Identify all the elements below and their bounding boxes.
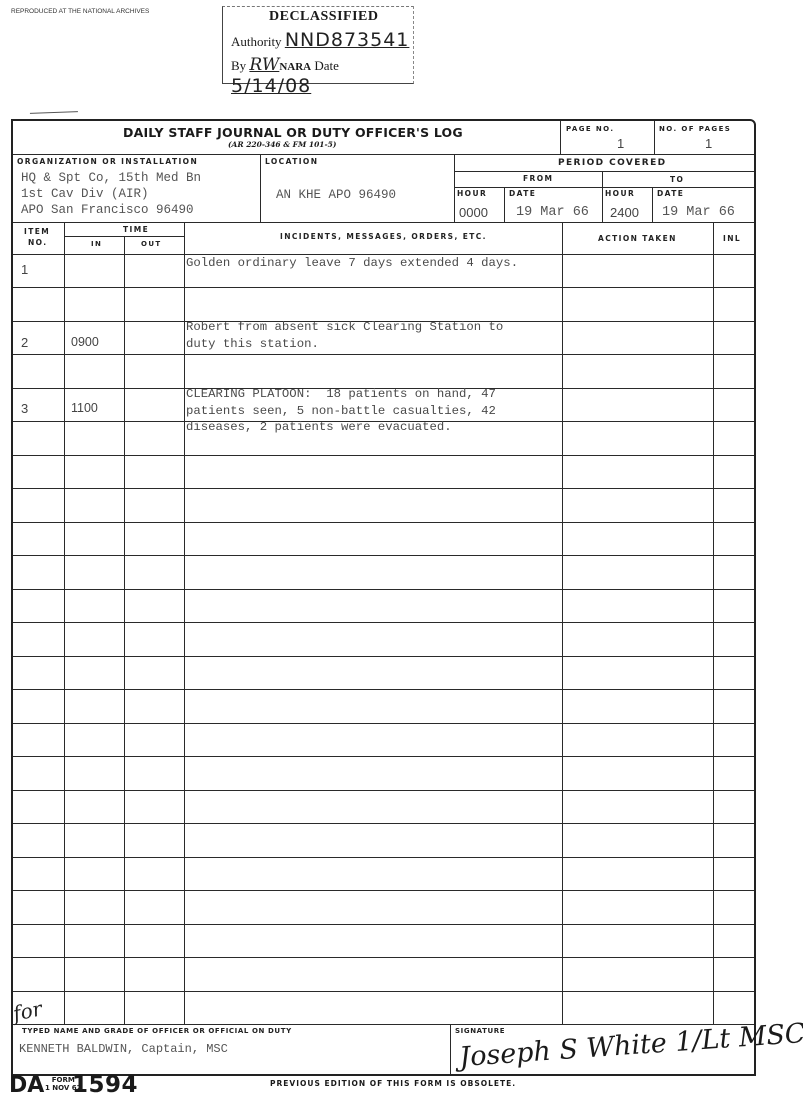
row-line [13,555,754,556]
row-line [13,488,754,489]
row-line [13,823,754,824]
row-line [13,924,754,925]
entry-3-text: CLEARING PLATOON: 18 patients on hand, 4… [186,386,496,436]
for-annotation: for [11,996,44,1026]
to-date-label: DATE [657,189,684,198]
item-header: ITEM [24,227,50,236]
out-header: OUT [141,240,162,248]
page-no-label: PAGE NO. [566,125,614,133]
entry-1-text: Golden ordinary leave 7 days extended 4 … [186,255,518,272]
form-title: DAILY STAFF JOURNAL OR DUTY OFFICER'S LO… [123,125,463,140]
location-label: LOCATION [265,157,318,166]
to-label: TO [670,175,684,184]
officer-signature: Joseph S White 1/Lt MSC [458,1018,803,1073]
pencil-mark [30,111,78,118]
stamp-by-row: By RWNARA Date 5/14/08 [231,55,413,97]
duty-officer-log-form: DAILY STAFF JOURNAL OR DUTY OFFICER'S LO… [11,119,756,1076]
row-line [13,756,754,757]
form-number: 1594 [72,1072,138,1098]
row-line [13,857,754,858]
row-line [13,890,754,891]
from-label: FROM [523,174,553,183]
agency: NARA [279,61,311,73]
in-header: IN [91,240,102,248]
row-line [13,455,754,456]
from-date-label: DATE [509,189,536,198]
stamp-authority-row: Authority NND873541 [231,29,409,51]
archive-notice: REPRODUCED AT THE NATIONAL ARCHIVES [11,8,149,15]
signature-label: SIGNATURE [455,1027,505,1035]
form-subtitle: (AR 220-346 & FM 101-5) [228,140,336,149]
entry-2-item: 2 [21,335,28,350]
from-hour-value: 0000 [459,205,488,220]
location-value: AN KHE APO 96490 [276,188,396,202]
from-hour-label: HOUR [457,189,487,198]
authority-value: NND873541 [285,29,410,51]
organization-line-2: 1st Cav Div (AIR) [21,187,149,201]
by-initials: RW [249,55,279,75]
entry-3-item: 3 [21,401,28,416]
stamp-heading: DECLASSIFIED [269,9,378,25]
to-date-value: 19 Mar 66 [662,205,735,220]
row-line [13,991,754,992]
to-hour-label: HOUR [605,189,635,198]
no-header: NO. [28,238,48,247]
period-covered-label: PERIOD COVERED [558,158,667,168]
organization-line-1: HQ & Spt Co, 15th Med Bn [21,171,201,185]
entry-2-time-in: 0900 [71,335,99,349]
declassified-stamp: DECLASSIFIED Authority NND873541 By RWNA… [222,6,414,84]
row-line [13,622,754,623]
organization-label: ORGANIZATION OR INSTALLATION [17,157,198,166]
authority-label: Authority [231,34,282,49]
row-line [13,522,754,523]
from-date-value: 19 Mar 66 [516,205,589,220]
entry-3-time-in: 1100 [71,401,98,415]
organization-line-3: APO San Francisco 96490 [21,203,194,217]
time-header: TIME [123,225,149,234]
incidents-header: INCIDENTS, MESSAGES, ORDERS, ETC. [280,232,487,241]
typed-name-label: TYPED NAME AND GRADE OF OFFICER OR OFFIC… [22,1027,292,1035]
row-line [13,287,754,288]
inl-header: INL [723,234,741,243]
row-line [13,723,754,724]
row-line [13,790,754,791]
entry-1-item: 1 [21,262,28,277]
obsolete-notice: PREVIOUS EDITION OF THIS FORM IS OBSOLET… [270,1079,516,1088]
by-label: By [231,58,246,73]
date-value: 5/14/08 [231,75,311,97]
row-line [13,957,754,958]
typed-name-value: KENNETH BALDWIN, Captain, MSC [19,1042,228,1056]
action-header: ACTION TAKEN [598,234,677,243]
form-da: DA [9,1073,44,1098]
no-of-pages-value: 1 [705,136,712,151]
to-hour-value: 2400 [610,205,639,220]
row-line [13,689,754,690]
date-label: Date [314,58,339,73]
row-line [13,656,754,657]
page-no-value: 1 [617,136,624,151]
no-of-pages-label: NO. OF PAGES [659,125,731,133]
entry-2-text: Robert from absent sick Clearing Station… [186,319,503,352]
row-line [13,354,754,355]
row-line [13,589,754,590]
